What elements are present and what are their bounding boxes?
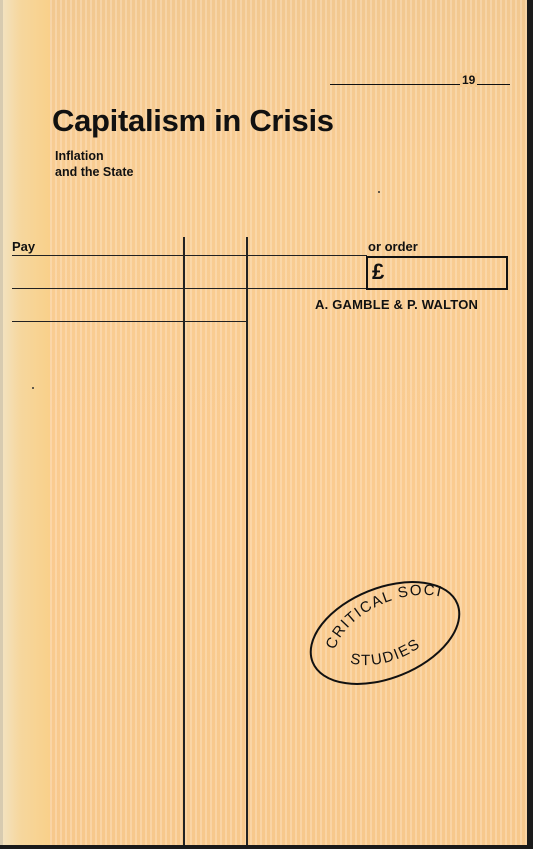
column-divider-1 <box>183 237 185 845</box>
authors: A. GAMBLE & P. WALTON <box>315 297 478 312</box>
stamp-bottom-text: STUDIES <box>349 635 424 669</box>
pay-label: Pay <box>12 239 35 254</box>
pound-sign: £ <box>372 259 384 285</box>
spine-edge <box>0 0 3 845</box>
cheque-line-2 <box>12 288 367 289</box>
book-subtitle: Inflation and the State <box>55 148 134 180</box>
stamp-oval-icon: CRITICAL SOCIAL STUDIES <box>305 578 465 688</box>
date-line <box>330 84 510 85</box>
left-strip <box>0 0 50 845</box>
column-divider-2 <box>246 237 248 845</box>
subtitle-line-1: Inflation <box>55 148 134 164</box>
svg-text:STUDIES: STUDIES <box>349 635 424 669</box>
book-title: Capitalism in Crisis <box>52 103 334 139</box>
or-order-label: or order <box>368 239 418 254</box>
date-label: 19 <box>460 73 477 87</box>
book-cover: 19 Capitalism in Crisis Inflation and th… <box>0 0 527 845</box>
subtitle-line-2: and the State <box>55 164 134 180</box>
amount-box: £ <box>366 256 508 290</box>
speck <box>32 387 34 389</box>
cheque-line-1 <box>12 255 367 256</box>
cheque-line-3 <box>12 321 248 322</box>
speck <box>378 191 380 193</box>
series-stamp: CRITICAL SOCIAL STUDIES <box>305 578 465 693</box>
